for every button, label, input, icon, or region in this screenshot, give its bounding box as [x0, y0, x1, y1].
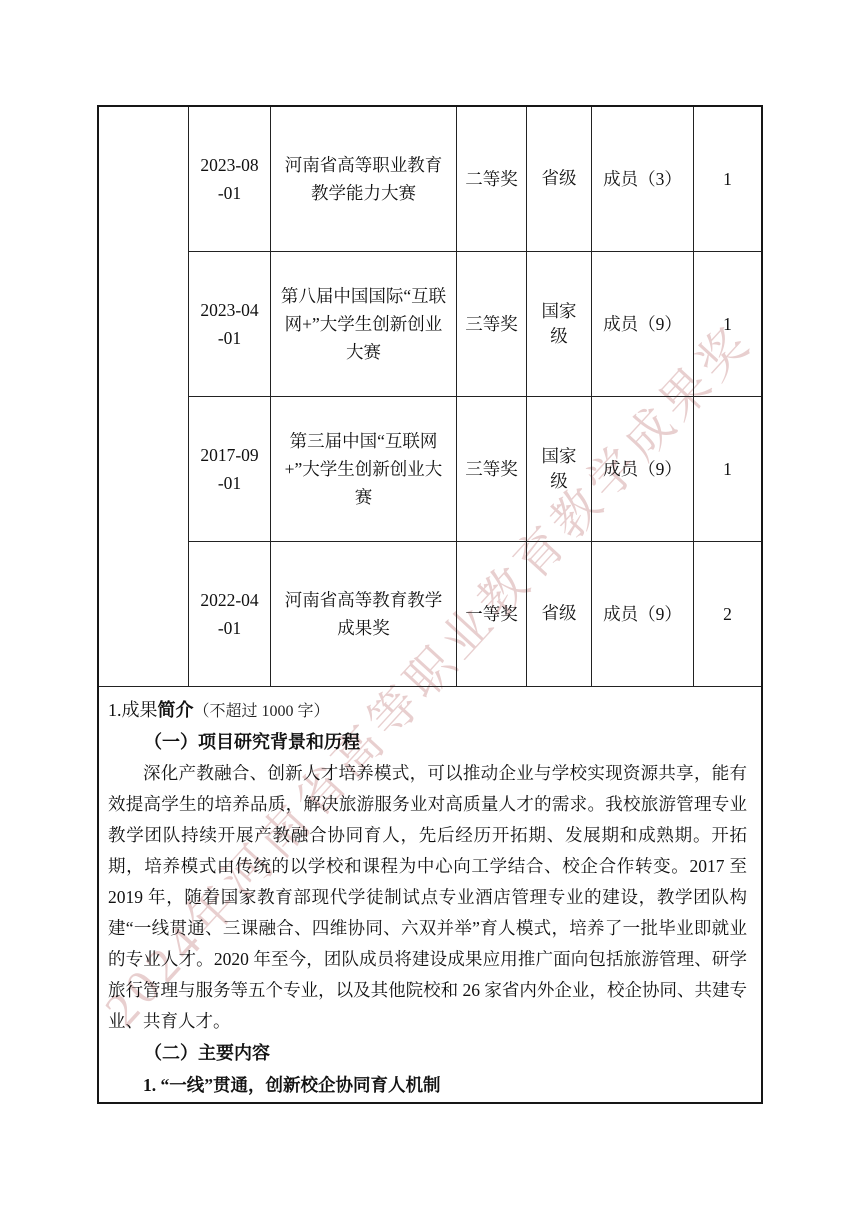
award-role-cell: 成员（9）: [592, 542, 694, 687]
award-name-cell: 河南省高等职业教育教学能力大赛: [271, 107, 457, 252]
summary-heading-bold: 简介: [158, 700, 194, 720]
merged-empty-cell: [99, 107, 189, 687]
award-count-cell: 1: [694, 397, 761, 542]
section-title-main-content: （二）主要内容: [108, 1037, 747, 1069]
awards-table: 2023-08 -01 河南省高等职业教育教学能力大赛 二等奖 省级 成员（3）…: [99, 107, 761, 687]
award-prize-cell: 一等奖: [457, 542, 527, 687]
summary-heading-note: （不超过 1000 字）: [194, 703, 330, 720]
summary-heading-prefix: 1.成果: [108, 700, 158, 720]
award-count-cell: 2: [694, 542, 761, 687]
award-level-cell: 国家级: [527, 252, 592, 397]
award-name-cell: 河南省高等教育教学成果奖: [271, 542, 457, 687]
award-role-cell: 成员（9）: [592, 397, 694, 542]
award-date-cell: 2017-09 -01: [189, 397, 271, 542]
background-paragraph: 深化产教融合、创新人才培养模式，可以推动企业与学校实现资源共享，能有效提高学生的…: [108, 758, 747, 1037]
subsection-title-one-line: 1. “一线”贯通，创新校企协同育人机制: [108, 1069, 747, 1101]
section-title-background: （一）项目研究背景和历程: [108, 726, 747, 758]
award-name-cell: 第三届中国“互联网+”大学生创新创业大赛: [271, 397, 457, 542]
award-level-cell: 省级: [527, 107, 592, 252]
award-name-cell: 第八届中国国际“互联网+”大学生创新创业大赛: [271, 252, 457, 397]
summary-heading: 1.成果简介（不超过 1000 字）: [108, 696, 747, 726]
award-date-cell: 2023-04 -01: [189, 252, 271, 397]
award-count-cell: 1: [694, 107, 761, 252]
award-level-text: 国家级: [538, 299, 580, 350]
achievement-summary-section: 1.成果简介（不超过 1000 字） （一）项目研究背景和历程 深化产教融合、创…: [99, 687, 761, 1101]
scanned-document-page: 2024年河南省高等职业教育教学成果奖 2023-08 -01 河南省高等职业教…: [0, 0, 859, 1216]
award-prize-cell: 三等奖: [457, 252, 527, 397]
award-role-cell: 成员（9）: [592, 252, 694, 397]
award-prize-cell: 三等奖: [457, 397, 527, 542]
award-date-cell: 2023-08 -01: [189, 107, 271, 252]
award-level-text: 省级: [542, 601, 577, 626]
award-date-cell: 2022-04 -01: [189, 542, 271, 687]
award-level-text: 国家级: [538, 444, 580, 495]
award-count-cell: 1: [694, 252, 761, 397]
award-prize-cell: 二等奖: [457, 107, 527, 252]
award-role-cell: 成员（3）: [592, 107, 694, 252]
award-level-cell: 省级: [527, 542, 592, 687]
award-level-cell: 国家级: [527, 397, 592, 542]
form-outer-border: 2023-08 -01 河南省高等职业教育教学能力大赛 二等奖 省级 成员（3）…: [97, 105, 763, 1104]
award-level-text: 省级: [542, 166, 577, 191]
